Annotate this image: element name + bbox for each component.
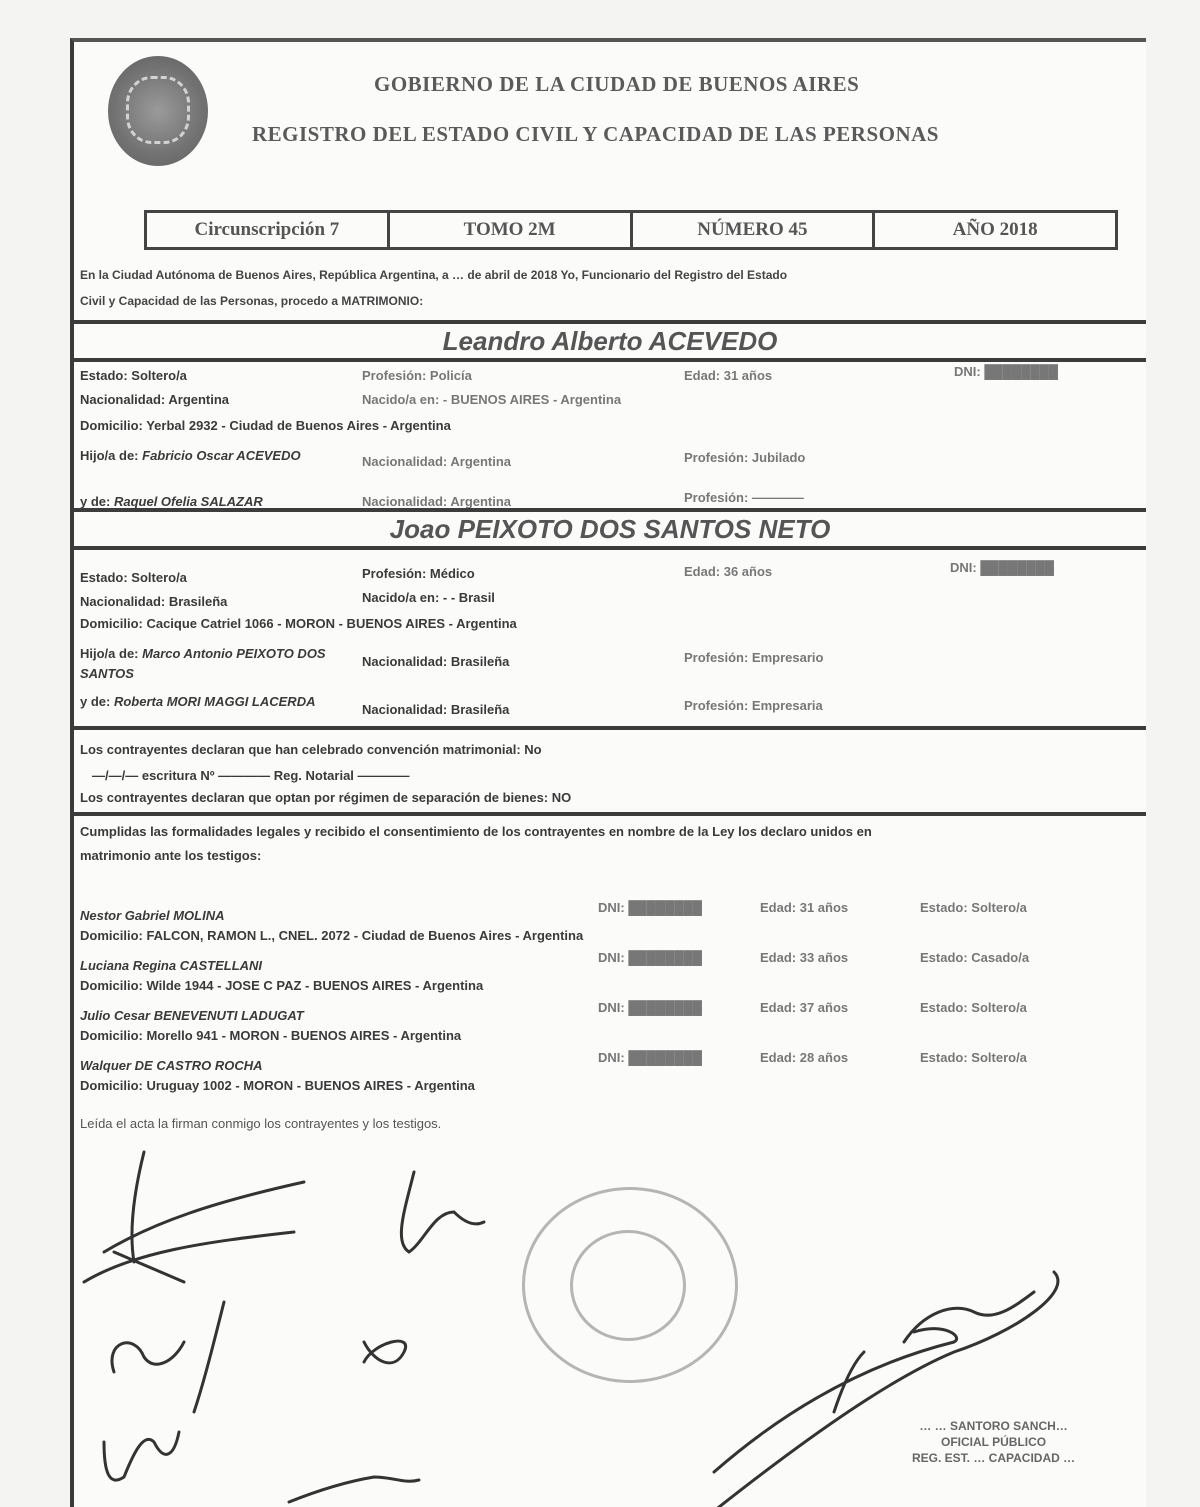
intro-line-1: En la Ciudad Autónoma de Buenos Aires, R…	[80, 262, 1142, 288]
spouse-1-domicilio: Domicilio: Yerbal 2932 - Ciudad de Bueno…	[80, 418, 451, 433]
spouse-1-mother-nacionalidad: Nacionalidad: Argentina	[362, 494, 511, 509]
witness-edad: Edad: 28 años	[760, 1050, 848, 1065]
witness-name: Nestor Gabriel MOLINA	[80, 908, 224, 923]
spouse-2-father-profesion: Profesión: Empresario	[684, 650, 823, 665]
witness-name: Walquer DE CASTRO ROCHA	[80, 1058, 263, 1073]
spouse-2-mother: y de: Roberta MORI MAGGI LACERDA	[80, 692, 330, 712]
formalities-line-2: matrimonio ante los testigos:	[80, 848, 261, 863]
witness-domicilio: Domicilio: Uruguay 1002 - MORON - BUENOS…	[80, 1078, 475, 1093]
separation-declaration: Los contrayentes declaran que optan por …	[80, 790, 571, 805]
spouse-1-nacionalidad: Nacionalidad: Argentina	[80, 392, 229, 407]
record-reference-row: Circunscripción 7 TOMO 2M NÚMERO 45 AÑO …	[144, 210, 1118, 250]
escritura-line: —/—/— escritura Nº ———— Reg. Notarial ——…	[92, 768, 410, 783]
spouse-1-profesion: Profesión: Policía	[362, 368, 472, 383]
spouse-1-estado: Estado: Soltero/a	[80, 368, 187, 383]
divider	[74, 812, 1146, 816]
spouse-1-dni: DNI: ████████	[954, 364, 1058, 379]
conventions-declaration: Los contrayentes declaran que han celebr…	[80, 742, 542, 757]
witness-dni: DNI: ████████	[598, 950, 702, 965]
closing-statement: Leída el acta la firman conmigo los cont…	[80, 1116, 441, 1131]
witness-dni: DNI: ████████	[598, 900, 702, 915]
witness-dni: DNI: ████████	[598, 1000, 702, 1015]
spouse-1-mother-profesion: Profesión: ————	[684, 490, 804, 505]
anio: AÑO 2018	[875, 213, 1115, 247]
spouse-2-domicilio: Domicilio: Cacique Catriel 1066 - MORON …	[80, 616, 517, 631]
official-line-3: REG. EST. … CAPACIDAD …	[912, 1450, 1075, 1466]
witness-estado: Estado: Casado/a	[920, 950, 1029, 965]
spouse-2-estado: Estado: Soltero/a	[80, 570, 187, 585]
spouse-1-mother: y de: Raquel Ofelia SALAZAR	[80, 494, 263, 509]
intro-line-2: Civil y Capacidad de las Personas, proce…	[80, 288, 1142, 314]
spouse-1-name: Leandro Alberto ACEVEDO	[74, 326, 1146, 357]
divider	[74, 358, 1146, 362]
divider	[74, 508, 1146, 512]
spouse-2-mother-profesion: Profesión: Empresaria	[684, 698, 823, 713]
witness-dni: DNI: ████████	[598, 1050, 702, 1065]
spouse-1-edad: Edad: 31 años	[684, 368, 772, 383]
spouse-2-nacido: Nacido/a en: - - Brasil	[362, 590, 495, 605]
divider	[74, 320, 1146, 324]
witness-estado: Estado: Soltero/a	[920, 900, 1027, 915]
formalities-line-1: Cumplidas las formalidades legales y rec…	[80, 824, 872, 839]
divider	[74, 726, 1146, 730]
spouse-1-father-nacionalidad: Nacionalidad: Argentina	[362, 454, 511, 469]
intro-paragraph: En la Ciudad Autónoma de Buenos Aires, R…	[80, 262, 1142, 314]
official-round-stamp-icon	[522, 1187, 738, 1383]
spouse-2-edad: Edad: 36 años	[684, 564, 772, 579]
witness-name: Julio Cesar BENEVENUTI LADUGAT	[80, 1008, 304, 1023]
numero: NÚMERO 45	[633, 213, 876, 247]
spouse-1-father: Hijo/a de: Fabricio Oscar ACEVEDO	[80, 446, 330, 466]
government-title: GOBIERNO DE LA CIUDAD DE BUENOS AIRES	[374, 72, 859, 97]
registry-title: REGISTRO DEL ESTADO CIVIL Y CAPACIDAD DE…	[252, 122, 939, 147]
witness-estado: Estado: Soltero/a	[920, 1000, 1027, 1015]
spouse-2-name: Joao PEIXOTO DOS SANTOS NETO	[74, 514, 1146, 545]
spouse-2-nacionalidad: Nacionalidad: Brasileña	[80, 594, 227, 609]
witness-estado: Estado: Soltero/a	[920, 1050, 1027, 1065]
divider	[74, 546, 1146, 550]
circunscripcion: Circunscripción 7	[147, 213, 390, 247]
witness-edad: Edad: 31 años	[760, 900, 848, 915]
spouse-1-father-profesion: Profesión: Jubilado	[684, 450, 805, 465]
witness-domicilio: Domicilio: Wilde 1944 - JOSE C PAZ - BUE…	[80, 978, 483, 993]
official-line-2: OFICIAL PÚBLICO	[912, 1434, 1075, 1450]
spouse-2-mother-nacionalidad: Nacionalidad: Brasileña	[362, 702, 509, 717]
spouse-1-nacido: Nacido/a en: - BUENOS AIRES - Argentina	[362, 392, 621, 407]
witness-domicilio: Domicilio: Morello 941 - MORON - BUENOS …	[80, 1028, 461, 1043]
official-name-block: … … SANTORO SANCH… OFICIAL PÚBLICO REG. …	[912, 1418, 1075, 1466]
tomo: TOMO 2M	[390, 213, 633, 247]
marriage-certificate: GOBIERNO DE LA CIUDAD DE BUENOS AIRES RE…	[70, 38, 1146, 1507]
witness-edad: Edad: 33 años	[760, 950, 848, 965]
spouse-2-father: Hijo/a de: Marco Antonio PEIXOTO DOS SAN…	[80, 644, 330, 684]
coat-of-arms-seal-icon	[108, 56, 208, 166]
witness-edad: Edad: 37 años	[760, 1000, 848, 1015]
official-line-1: … … SANTORO SANCH…	[912, 1418, 1075, 1434]
witness-domicilio: Domicilio: FALCON, RAMON L., CNEL. 2072 …	[80, 928, 583, 943]
spouse-2-dni: DNI: ████████	[950, 560, 1054, 575]
spouse-2-father-nacionalidad: Nacionalidad: Brasileña	[362, 654, 509, 669]
spouse-2-profesion: Profesión: Médico	[362, 566, 475, 581]
witness-name: Luciana Regina CASTELLANI	[80, 958, 262, 973]
